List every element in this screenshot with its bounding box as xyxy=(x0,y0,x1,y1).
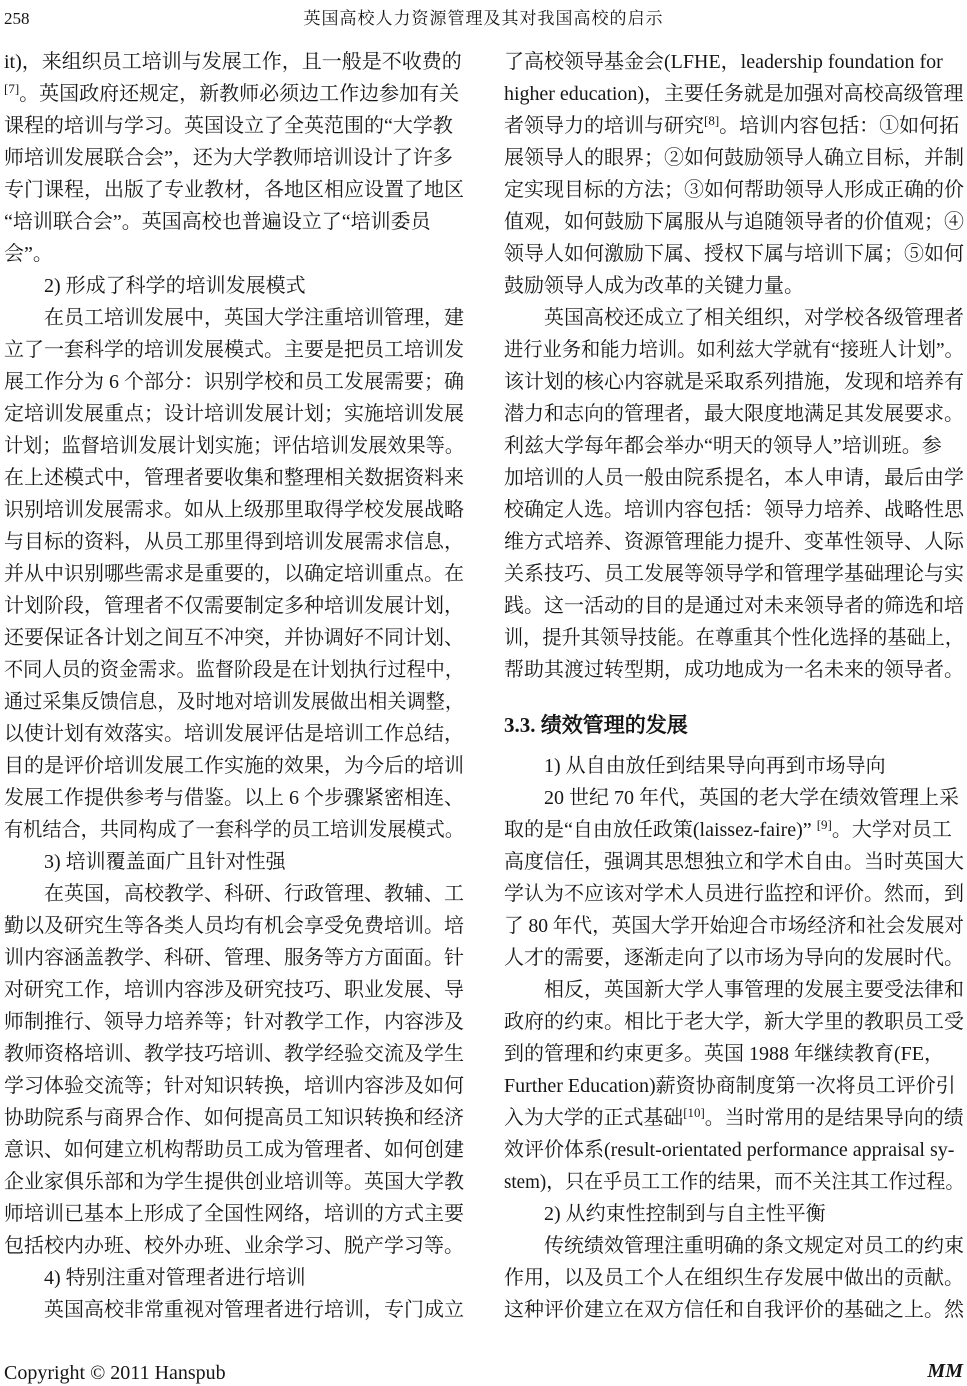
text-line: 领导人如何激励下属、授权下属与培训下属；⑤如何 xyxy=(504,238,964,270)
text-line: [7]。英国政府还规定，新教师必须边工作边参加有关 xyxy=(4,78,464,110)
text-line: higher education)，主要任务就是加强对高校高级管理 xyxy=(504,78,964,110)
text-line: 高度信任，强调其思想独立和学术自由。当时英国大 xyxy=(504,846,964,878)
text-line: 在英国，高校教学、科研、行政管理、教辅、工 xyxy=(4,878,464,910)
page-number: 258 xyxy=(4,6,30,32)
text-line: 立了一套科学的培训发展模式。主要是把员工培训发 xyxy=(4,334,464,366)
text-line: 发展工作提供参考与借鉴。以上 6 个步骤紧密相连、 xyxy=(4,782,464,814)
text-line: Further Education)薪资协商制度第一次将员工评价引 xyxy=(504,1070,964,1102)
text-line: 维方式培养、资源管理能力提升、变革性领导、人际 xyxy=(504,526,964,558)
text-line: 了高校领导基金会(LFHE，leadership foundation for xyxy=(504,46,964,78)
text-line: stem)，只在乎员工工作的结果，而不关注其工作过程。 xyxy=(504,1166,941,1198)
text-line: 者领导力的培训与研究[8]。培训内容包括：①如何拓 xyxy=(504,110,964,142)
reference-marker: [10] xyxy=(683,1105,705,1120)
text-line: 潜力和志向的管理者，最大限度地满足其发展要求。 xyxy=(504,398,964,430)
text-line: 在员工培训发展中，英国大学注重培训管理，建 xyxy=(4,302,464,334)
text-line: 展工作分为 6 个部分：识别学校和员工发展需要；确 xyxy=(4,366,464,398)
text-line: 校确定人选。培训内容包括：领导力培养、战略性思 xyxy=(504,494,964,526)
text-line: 加培训的人员一般由院系提名，本人申请，最后由学 xyxy=(504,462,964,494)
text-line: 传统绩效管理注重明确的条文规定对员工的约束 xyxy=(504,1230,964,1262)
text-line: 展领导人的眼界；②如何鼓励领导人确立目标，并制 xyxy=(504,142,964,174)
copyright-notice: Copyright © 2011 Hanspub xyxy=(4,1362,226,1384)
text-line: 践。这一活动的目的是通过对未来领导者的筛选和培 xyxy=(504,590,964,622)
text-line: 4) 特别注重对管理者进行培训 xyxy=(4,1262,464,1294)
text-line: “培训联合会”。英国高校也普遍设立了“培训委员 xyxy=(4,206,464,238)
text-line: 与目标的资料，从员工那里得到培训发展需求信息， xyxy=(4,526,464,558)
text-line: 1) 从自由放任到结果导向再到市场导向 xyxy=(504,750,964,782)
reference-marker: [8] xyxy=(704,113,719,128)
text-line: 还要保证各计划之间互不冲突，并协调好不同计划、 xyxy=(4,622,464,654)
text-line: 协助院系与商界合作、如何提高员工知识转换和经济 xyxy=(4,1102,464,1134)
text-line: 利兹大学每年都会举办“明天的领导人”培训班。参 xyxy=(504,430,964,462)
text-line: 学认为不应该对学术人员进行监控和评价。然而，到 xyxy=(504,878,964,910)
document-page: 258 英国高校人力资源管理及其对我国高校的启示 it)，来组织员工培训与发展工… xyxy=(0,0,967,1386)
text-line: 企业家俱乐部和为学生提供创业培训等。英国大学教 xyxy=(4,1166,464,1198)
text-line: 学习体验交流等；针对知识转换，培训内容涉及如何 xyxy=(4,1070,464,1102)
text-line: 相反，英国新大学人事管理的发展主要受法律和 xyxy=(504,974,964,1006)
text-line: 师培训已基本上形成了全国性网络，培训的方式主要 xyxy=(4,1198,464,1230)
text-line: 了 80 年代，英国大学开始迎合市场经济和社会发展对 xyxy=(504,910,954,942)
text-columns: it)，来组织员工培训与发展工作，且一般是不收费的[7]。英国政府还规定，新教师… xyxy=(4,46,964,1326)
text-line: 3) 培训覆盖面广且针对性强 xyxy=(4,846,464,878)
text-line: 效评价体系(result-orientated performance appr… xyxy=(504,1134,964,1166)
text-line: 作用，以及员工个人在组织生存发展中做出的贡献。 xyxy=(504,1262,964,1294)
text-line: 到的管理和约束更多。英国 1988 年继续教育(FE， xyxy=(504,1038,964,1070)
text-line: it)，来组织员工培训与发展工作，且一般是不收费的 xyxy=(4,46,464,78)
text-line: 会”。 xyxy=(4,238,464,270)
text-line: 帮助其渡过转型期，成功地成为一名未来的领导者。 xyxy=(504,654,964,686)
text-line: 师培训发展联合会”，还为大学教师培训设计了许多 xyxy=(4,142,464,174)
text-line: 该计划的核心内容就是采取系列措施，发现和培养有 xyxy=(504,366,964,398)
text-line: 课程的培训与学习。英国设立了全英范围的“大学教 xyxy=(4,110,464,142)
text-line: 训，提升其领导技能。在尊重其个性化选择的基础上， xyxy=(504,622,945,654)
text-line: 师制推行、领导力培养等；针对教学工作，内容涉及 xyxy=(4,1006,464,1038)
text-line: 值观，如何鼓励下属服从与追随领导者的价值观；④ xyxy=(504,206,964,238)
text-line: 定培训发展重点；设计培训发展计划；实施培训发展 xyxy=(4,398,464,430)
text-line: 训内容涵盖教学、科研、管理、服务等方方面面。针 xyxy=(4,942,464,974)
text-line: 鼓励领导人成为改革的关键力量。 xyxy=(504,270,964,302)
text-line: 识别培训发展需求。如从上级那里取得学校发展战略 xyxy=(4,494,464,526)
text-line: 英国高校还成立了相关组织，对学校各级管理者 xyxy=(504,302,964,334)
text-line: 进行业务和能力培训。如利兹大学就有“接班人计划”。 xyxy=(504,334,947,366)
text-line: 教师资格培训、教学技巧培训、教学经验交流及学生 xyxy=(4,1038,464,1070)
text-line: 入为大学的正式基础[10]。当时常用的是结果导向的绩 xyxy=(504,1102,962,1134)
text-line: 计划阶段，管理者不仅需要制定多种培训发展计划， xyxy=(4,590,464,622)
text-line: 通过采集反馈信息，及时地对培训发展做出相关调整， xyxy=(4,686,445,718)
journal-mark: MM xyxy=(927,1358,963,1384)
text-line: 政府的约束。相比于老大学，新大学里的教职员工受 xyxy=(504,1006,964,1038)
page-header: 258 英国高校人力资源管理及其对我国高校的启示 xyxy=(4,6,963,32)
text-line: 人才的需要，逐渐走向了以市场为导向的发展时代。 xyxy=(504,942,964,974)
reference-marker: [7] xyxy=(4,81,19,96)
reference-marker: [9] xyxy=(817,817,832,832)
text-line: 意识、如何建立机构帮助员工成为管理者、如何创建 xyxy=(4,1134,464,1166)
text-line: 以使计划有效落实。培训发展评估是培训工作总结， xyxy=(4,718,464,750)
text-line: 勤以及研究生等各类人员均有机会享受免费培训。培 xyxy=(4,910,464,942)
text-line: 英国高校非常重视对管理者进行培训，专门成立 xyxy=(4,1294,464,1326)
running-title: 英国高校人力资源管理及其对我国高校的启示 xyxy=(4,6,963,32)
text-line: 关系技巧、员工发展等领导学和管理学基础理论与实 xyxy=(504,558,964,590)
text-line: 专门课程，出版了专业教材，各地区相应设置了地区 xyxy=(4,174,464,206)
column-left: it)，来组织员工培训与发展工作，且一般是不收费的[7]。英国政府还规定，新教师… xyxy=(4,46,464,1326)
text-line: 计划；监督培训发展计划实施；评估培训发展效果等。 xyxy=(4,430,445,462)
page-footer: Copyright © 2011 Hanspub MM xyxy=(4,1360,963,1386)
text-line: 2) 形成了科学的培训发展模式 xyxy=(4,270,464,302)
text-line: 取的是“自由放任政策(laissez-faire)” [9]。大学对员工 xyxy=(504,814,964,846)
text-line: 不同人员的资金需求。监督阶段是在计划执行过程中， xyxy=(4,654,445,686)
text-line: 20 世纪 70 年代，英国的老大学在绩效管理上采 xyxy=(504,782,964,814)
column-right: 了高校领导基金会(LFHE，leadership foundation forh… xyxy=(504,46,964,1326)
text-line: 并从中识别哪些需求是重要的，以确定培训重点。在 xyxy=(4,558,464,590)
text-line: 对研究工作，培训内容涉及研究技巧、职业发展、导 xyxy=(4,974,464,1006)
text-line: 2) 从约束性控制到与自主性平衡 xyxy=(504,1198,964,1230)
text-line: 目的是评价培训发展工作实施的效果，为今后的培训 xyxy=(4,750,464,782)
section-heading: 3.3. 绩效管理的发展 xyxy=(504,708,964,742)
text-line: 这种评价建立在双方信任和自我评价的基础之上。然 xyxy=(504,1294,964,1326)
text-line: 定实现目标的方法；③如何帮助领导人形成正确的价 xyxy=(504,174,964,206)
text-line: 在上述模式中，管理者要收集和整理相关数据资料来 xyxy=(4,462,464,494)
text-line: 包括校内办班、校外办班、业余学习、脱产学习等。 xyxy=(4,1230,464,1262)
text-line: 有机结合，共同构成了一套科学的员工培训发展模式。 xyxy=(4,814,445,846)
